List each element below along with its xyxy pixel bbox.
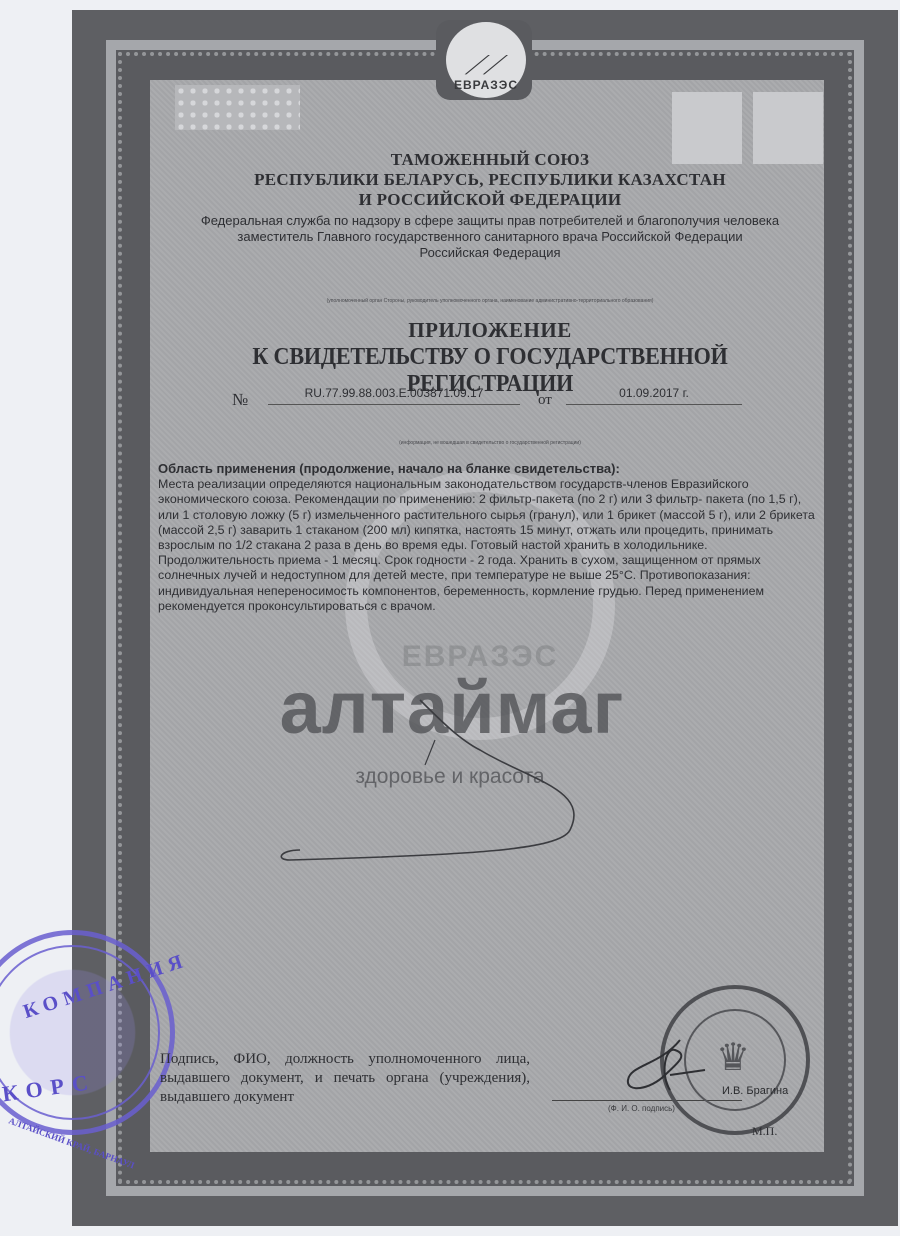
scope-text: Места реализации определяются национальн… [158, 477, 818, 614]
handwritten-signature [270, 690, 590, 870]
application-scope: Область применения (продолжение, начало … [158, 461, 818, 614]
registration-date: 01.09.2017 г. [566, 386, 742, 405]
authority-caption: (уполномоченный орган Стороны, руководит… [150, 298, 830, 304]
union-line: И РОССИЙСКОЙ ФЕДЕРАЦИИ [150, 190, 830, 210]
authority-line: Федеральная служба по надзору в сфере за… [150, 213, 830, 229]
eurasec-emblem: ⟋⟋ ЕВРАЗЭС [446, 22, 526, 98]
emblem-icon: ⟋⟋ [463, 52, 509, 78]
official-signature [620, 1035, 710, 1095]
coat-of-arms-icon: ♛ [716, 1035, 750, 1080]
registration-number: RU.77.99.88.003.E.003871.09.17 [268, 386, 520, 405]
document-title: ПРИЛОЖЕНИЕ [150, 318, 830, 343]
registration-line: № RU.77.99.88.003.E.003871.09.17 от 01.0… [232, 386, 752, 410]
authority-block: Федеральная служба по надзору в сфере за… [150, 213, 830, 261]
date-label: от [538, 392, 552, 409]
authority-line: Российская Федерация [150, 245, 830, 261]
union-heading: ТАМОЖЕННЫЙ СОЮЗ РЕСПУБЛИКИ БЕЛАРУСЬ, РЕС… [150, 150, 830, 210]
authority-line: заместитель Главного государственного са… [150, 229, 830, 245]
security-pattern [175, 85, 300, 130]
fio-caption: (Ф. И. О. подпись) [608, 1104, 675, 1113]
number-label: № [232, 390, 248, 410]
seal-place-mark: М.П. [752, 1124, 777, 1139]
scope-heading: Область применения (продолжение, начало … [158, 461, 818, 476]
emblem-text: ЕВРАЗЭС [454, 78, 518, 92]
signer-name: И.В. Брагина [722, 1085, 788, 1097]
signature-label: Подпись, ФИО, должность уполномоченного … [160, 1050, 530, 1107]
registration-caption: (информация, не вошедшая в свидетельство… [150, 440, 830, 446]
union-line: ТАМОЖЕННЫЙ СОЮЗ [150, 150, 830, 170]
union-line: РЕСПУБЛИКИ БЕЛАРУСЬ, РЕСПУБЛИКИ КАЗАХСТА… [150, 170, 830, 190]
